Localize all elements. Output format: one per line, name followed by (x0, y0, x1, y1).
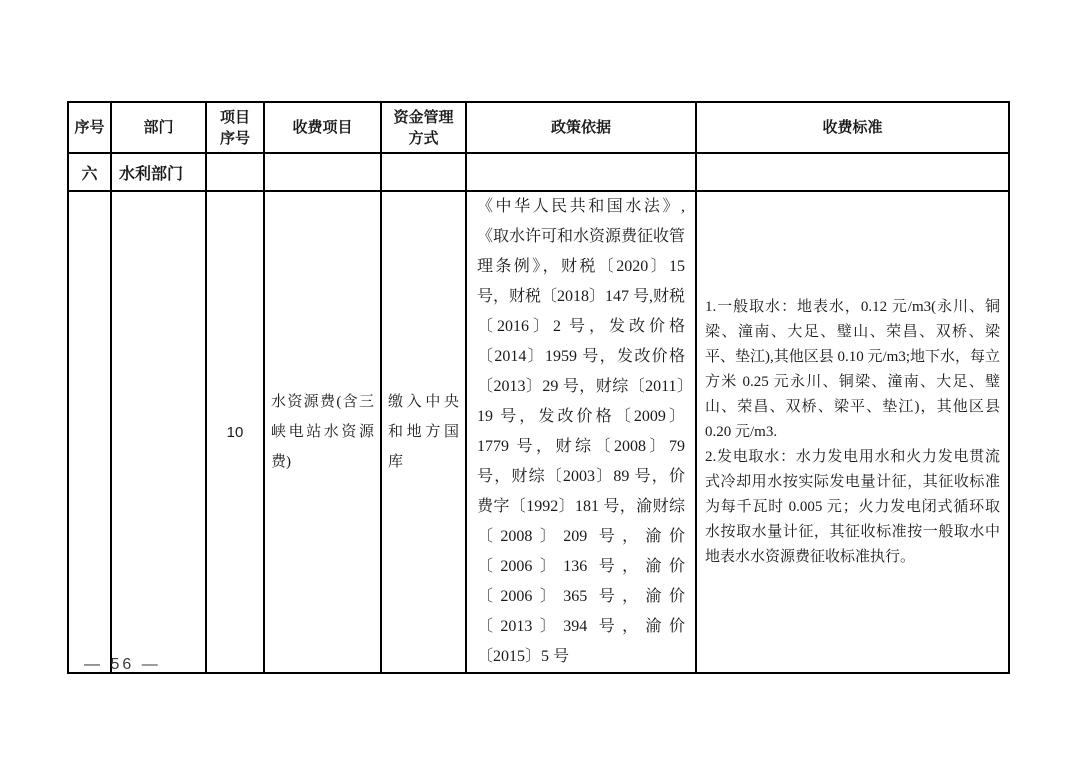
fee-table: 序号 部门 项目 序号 收费项目 资金管理 方式 政策依据 收费标准 六 水利部… (67, 101, 1010, 674)
table-row-water-resource-fee: 10 水资源费(含三峡电站水资源费) 缴入中央和地方国库 《中华人民共和国水法》… (68, 191, 1009, 673)
section-empty-fee-item (264, 153, 381, 191)
header-fund-mode: 资金管理 方式 (381, 102, 466, 153)
header-item-no: 项目 序号 (206, 102, 264, 153)
section-empty-fund-mode (381, 153, 466, 191)
table-header-row: 序号 部门 项目 序号 收费项目 资金管理 方式 政策依据 收费标准 (68, 102, 1009, 153)
header-seq: 序号 (68, 102, 111, 153)
cell-fund-mode: 缴入中央和地方国库 (381, 191, 466, 673)
cell-item-no: 10 (206, 191, 264, 673)
fee-standard-paragraph-2: 2.发电取水：水力发电用水和火力发电贯流式冷却用水按实际发电量计征，其征收标准为… (705, 445, 1000, 570)
section-empty-standard (696, 153, 1009, 191)
section-row-water-dept: 六 水利部门 (68, 153, 1009, 191)
header-fee-item: 收费项目 (264, 102, 381, 153)
section-empty-policy (466, 153, 696, 191)
section-dept: 水利部门 (111, 153, 206, 191)
section-empty-item-no (206, 153, 264, 191)
page-number: — 56 — (84, 656, 161, 674)
cell-seq-empty (68, 191, 111, 673)
fee-standard-paragraph-1: 1.一般取水：地表水，0.12 元/m3(永川、铜梁、潼南、大足、璧山、荣昌、双… (705, 295, 1000, 445)
cell-fee-item: 水资源费(含三峡电站水资源费) (264, 191, 381, 673)
document-page: 序号 部门 项目 序号 收费项目 资金管理 方式 政策依据 收费标准 六 水利部… (0, 0, 1074, 757)
header-dept: 部门 (111, 102, 206, 153)
section-seq: 六 (68, 153, 111, 191)
cell-policy-basis: 《中华人民共和国水法》,《取水许可和水资源费征收管理条例》，财税〔2020〕15… (466, 191, 696, 673)
cell-fee-standard: 1.一般取水：地表水，0.12 元/m3(永川、铜梁、潼南、大足、璧山、荣昌、双… (696, 191, 1009, 673)
header-standard: 收费标准 (696, 102, 1009, 153)
header-policy: 政策依据 (466, 102, 696, 153)
cell-dept-empty (111, 191, 206, 673)
